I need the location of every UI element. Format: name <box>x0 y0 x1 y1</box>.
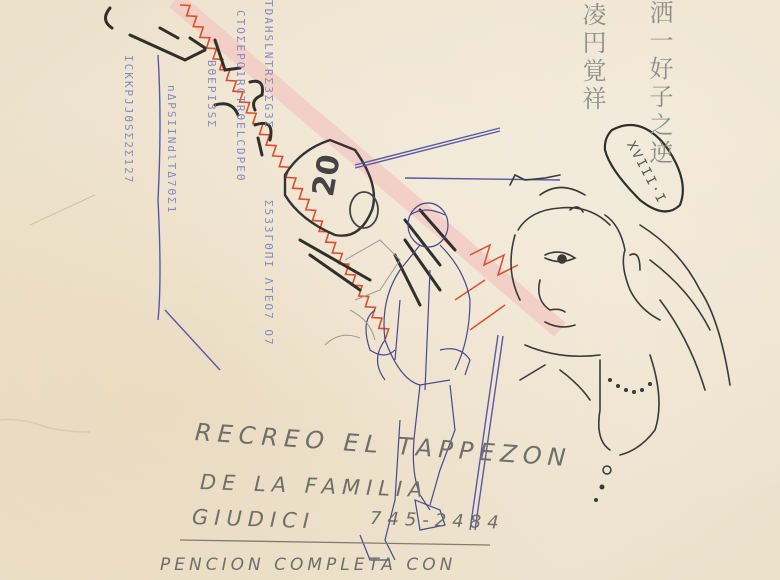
blue-script-column: Σ533ΓΘΠI ΛTEO7 O7 <box>262 200 275 347</box>
drawing-paper: ICKKPJJΘSΣ2Σ127 nΔPSIINdlTΔ7ΘΣ1 BΘEPI3SΣ… <box>0 0 780 580</box>
blue-script-column: ICKKPJJΘSΣ2Σ127 <box>122 55 135 184</box>
japanese-column: 凌円覚祥 <box>578 2 606 114</box>
inscription-line-3: GIUDICI <box>192 505 316 533</box>
blue-script-column: TDAHSLNTRΣ3ΣG3Σ <box>262 0 275 129</box>
japanese-column: 洒一好子之逆 <box>645 0 673 168</box>
blue-script-column: nΔPSIINdlTΔ7ΘΣ1 <box>165 85 178 214</box>
blue-script-column: BΘEPI3SΣ <box>205 60 218 129</box>
stamp-number: 20 <box>306 152 348 199</box>
blue-script-column: CTOΣEPO1RCTRΘELCDPEΘ <box>234 10 247 182</box>
inscription-line-4: PENCION COMPLETA CON <box>160 555 456 575</box>
